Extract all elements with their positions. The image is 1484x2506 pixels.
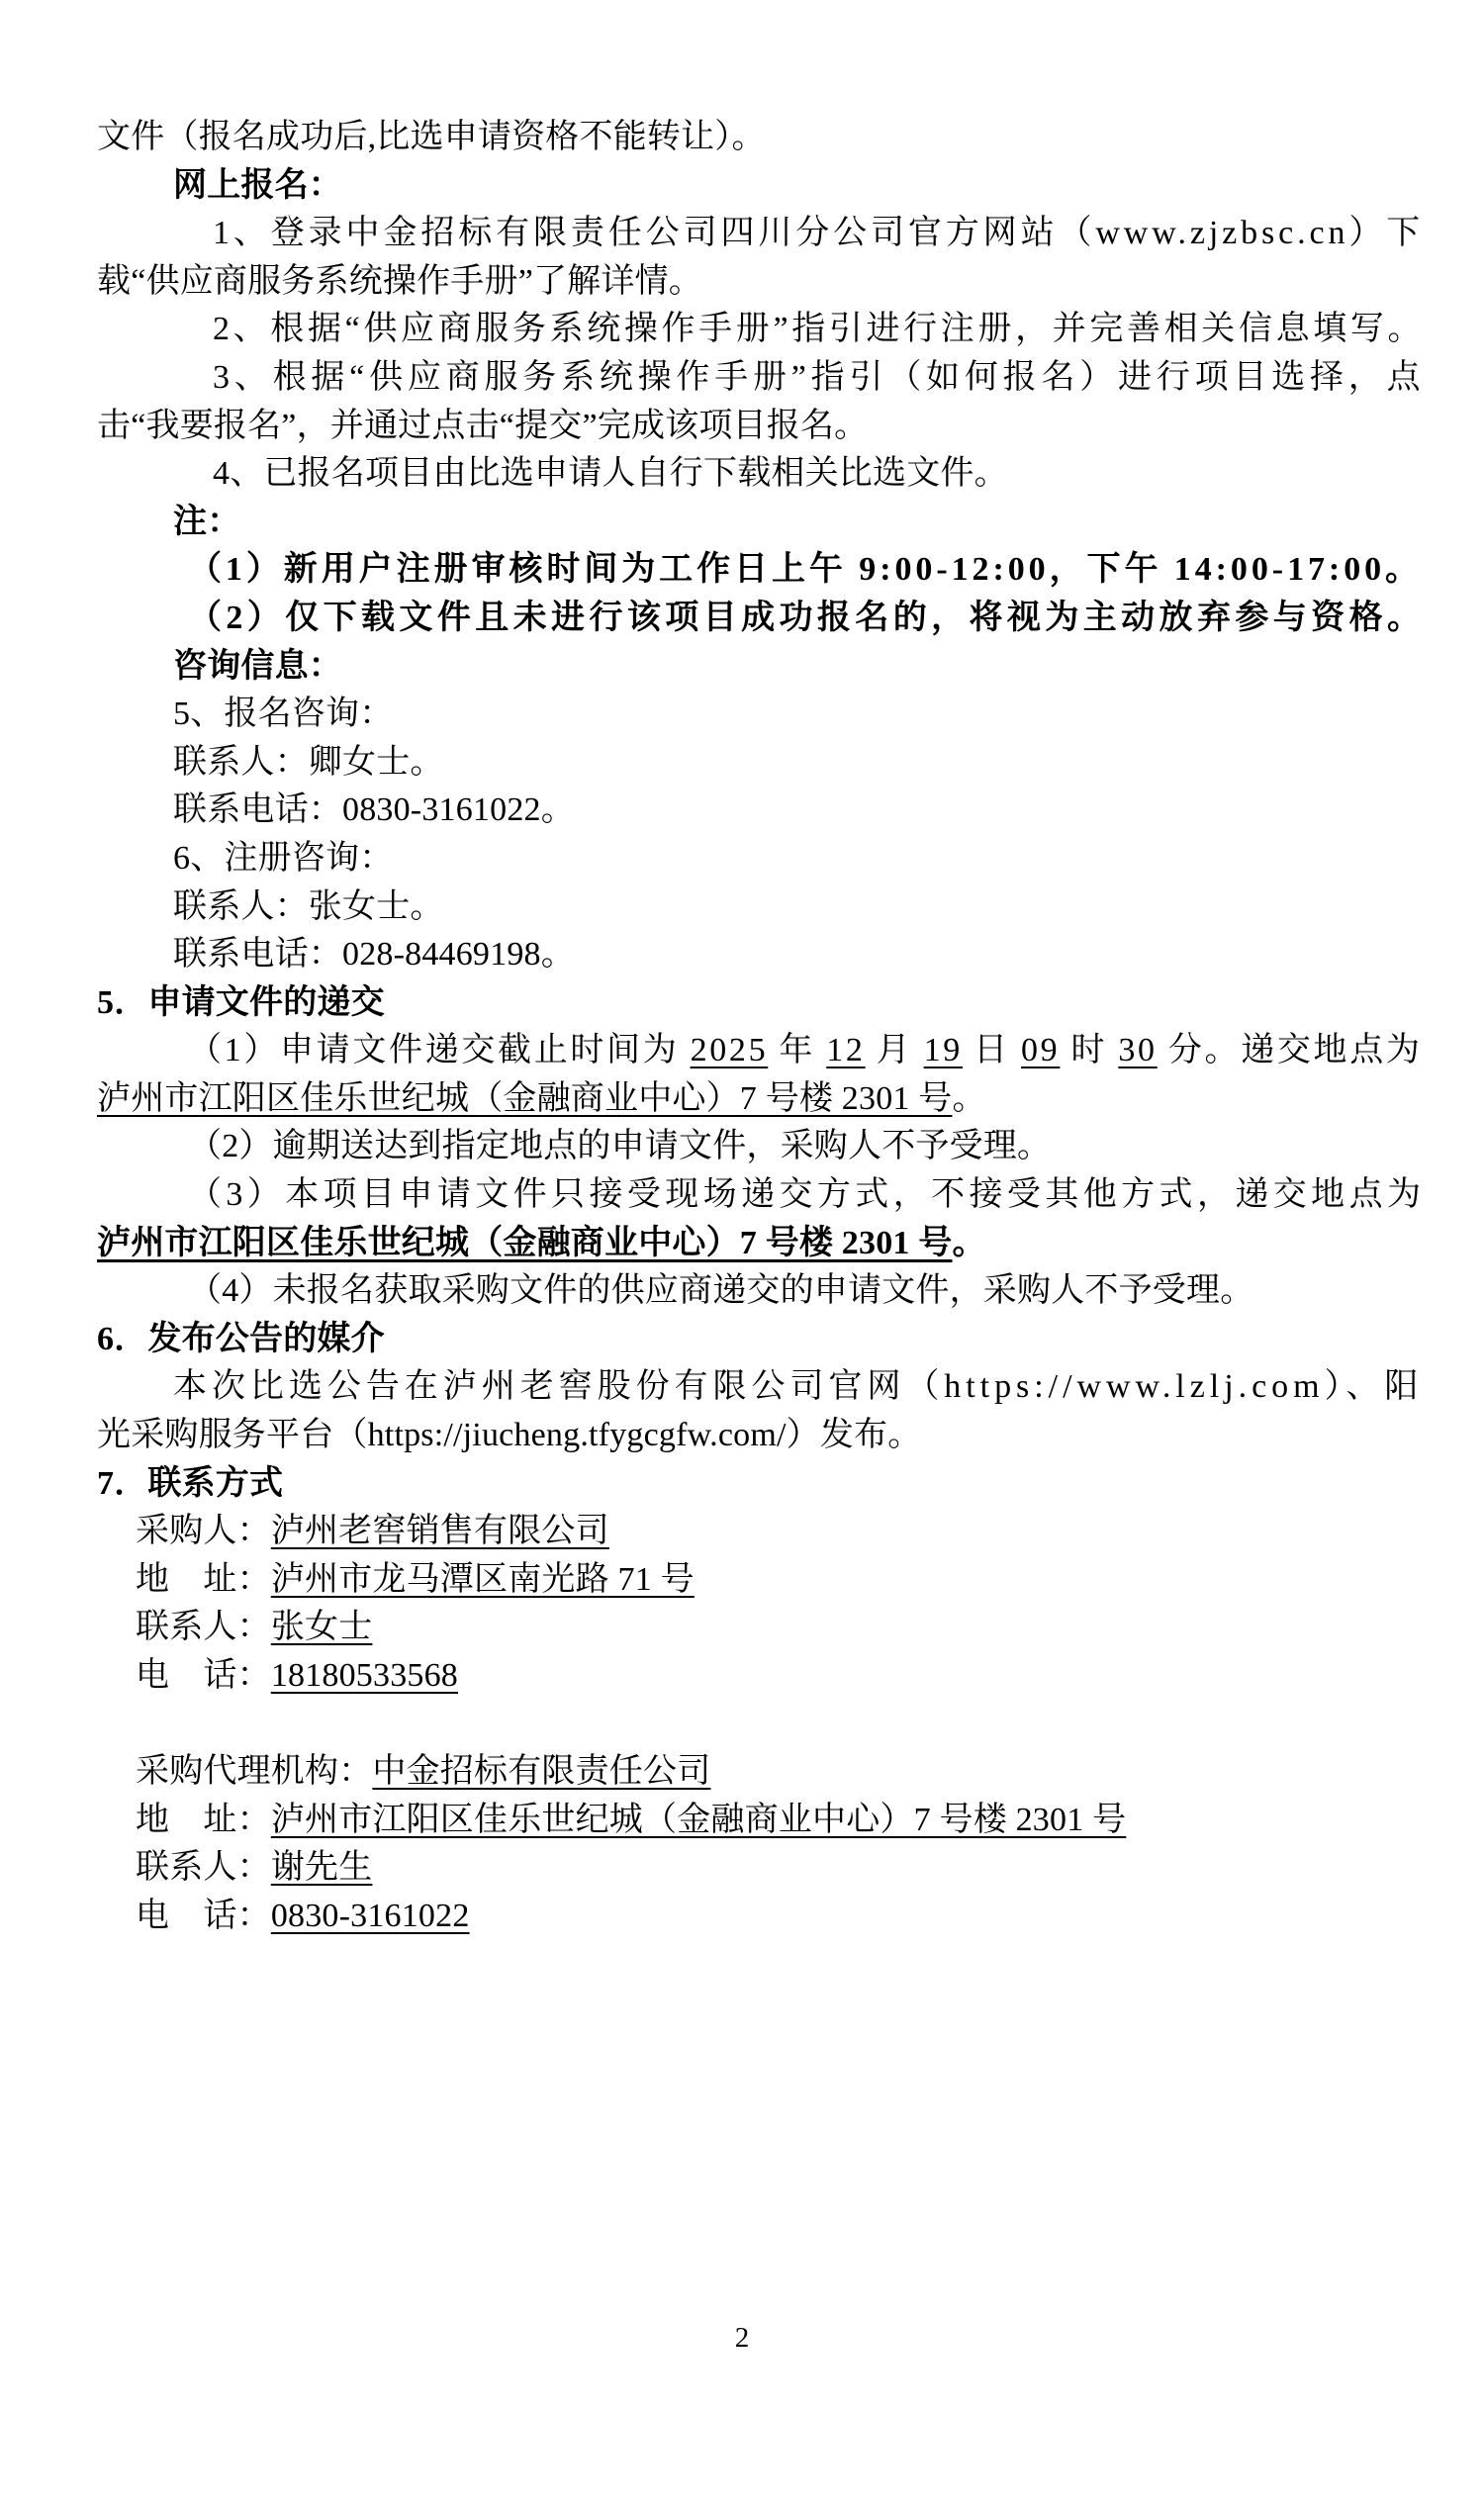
text-segment: 联系电话：028-84469198。 (173, 936, 575, 973)
text-segment: （1）申请文件递交截止时间为 (188, 1032, 691, 1068)
text-line: 采购代理机构：中金招标有限责任公司 (97, 1748, 1432, 1797)
text-line: 地 址：泸州市江阳区佳乐世纪城（金融商业中心）7 号楼 2301 号 (97, 1797, 1432, 1845)
text-line: 采购人：泸州老窖销售有限公司 (97, 1508, 1432, 1556)
text-line: 咨询信息： (97, 643, 1432, 692)
text-segment: 。 (953, 1080, 986, 1117)
text-line: 载“供应商服务系统操作手册”了解详情。 (97, 258, 1432, 307)
text-line-content: 联系人：卿女士。 (173, 744, 444, 781)
text-line-content: 咨询信息： (173, 648, 342, 685)
document-body: 文件（报名成功后,比选申请资格不能转让）。网上报名：1、登录中金招标有限责任公司… (97, 114, 1432, 1941)
text-segment: 联系人：卿女士。 (173, 744, 444, 781)
text-segment: 光采购服务平台（https://jiucheng.tfygcgfw.com/）发… (97, 1417, 921, 1453)
text-line: 3、根据“供应商服务系统操作手册”指引（如何报名）进行项目选择，点 (97, 354, 1432, 403)
text-line-content: 联系人：张女士。 (173, 888, 444, 925)
text-line: （1）新用户注册审核时间为工作日上午 9:00-12:00，下午 14:00-1… (97, 546, 1432, 595)
text-segment: 5．申请文件的递交 (97, 984, 385, 1021)
text-line: （3）本项目申请文件只接受现场递交方式，不接受其他方式，递交地点为 (97, 1171, 1432, 1220)
text-segment: 联系电话：0830-3161022。 (173, 791, 575, 828)
text-line: 联系人：卿女士。 (97, 739, 1432, 788)
text-line: 击“我要报名”，并通过点击“提交”完成该项目报名。 (97, 403, 1432, 451)
text-line-content: 联系人：张女士 (136, 1609, 372, 1645)
text-segment: 日 (963, 1032, 1021, 1068)
text-segment: 1、登录中金招标有限责任公司四川分公司官方网站（www.zjzbsc.cn）下 (213, 215, 1424, 251)
text-segment: 电 话： (136, 1657, 271, 1694)
text-line-content: 6．发布公告的媒介 (97, 1321, 385, 1357)
text-line: 电 话：18180533568 (97, 1652, 1432, 1701)
text-line: （1）申请文件递交截止时间为 2025 年 12 月 19 日 09 时 30 … (97, 1027, 1432, 1075)
text-segment: 5、报名咨询： (173, 696, 393, 732)
text-line: 网上报名： (97, 162, 1432, 211)
text-segment: （1）新用户注册审核时间为工作日上午 9:00-12:00，下午 14:00-1… (188, 551, 1423, 588)
text-segment: 联系人：张女士。 (173, 888, 444, 925)
underlined-text: 中金招标有限责任公司 (372, 1753, 710, 1790)
blank-line (97, 1701, 1432, 1749)
text-line-content: 5、报名咨询： (173, 696, 393, 732)
underlined-text: 泸州市龙马潭区南光路 71 号 (271, 1561, 695, 1598)
underlined-text: 0830-3161022 (271, 1898, 470, 1934)
text-segment: 注： (173, 504, 240, 540)
text-line-content: 7．联系方式 (97, 1465, 283, 1502)
underlined-text: 19 (924, 1032, 963, 1068)
text-line: 6．发布公告的媒介 (97, 1316, 1432, 1364)
text-segment: 地 址： (136, 1802, 271, 1838)
text-line: 注： (97, 499, 1432, 547)
text-segment: 联系人： (136, 1609, 271, 1645)
text-segment: 本次比选公告在泸州老窖股份有限公司官网（https://www.lzlj.com… (173, 1368, 1423, 1405)
underlined-text: 30 (1118, 1032, 1157, 1068)
text-line-content: 泸州市江阳区佳乐世纪城（金融商业中心）7 号楼 2301 号。 (97, 1080, 986, 1117)
text-line: 联系人：谢先生 (97, 1844, 1432, 1893)
text-line: （2）仅下载文件且未进行该项目成功报名的，将视为主动放弃参与资格。 (97, 595, 1432, 643)
text-line: 7．联系方式 (97, 1460, 1432, 1509)
text-line-content: 3、根据“供应商服务系统操作手册”指引（如何报名）进行项目选择，点 (213, 359, 1425, 396)
text-line-content: 2、根据“供应商服务系统操作手册”指引进行注册，并完善相关信息填写。 (213, 311, 1425, 347)
text-line-content: 采购代理机构：中金招标有限责任公司 (136, 1753, 710, 1790)
text-line-content: 采购人：泸州老窖销售有限公司 (136, 1513, 609, 1549)
text-segment: 击“我要报名”，并通过点击“提交”完成该项目报名。 (97, 408, 868, 444)
text-segment: 文件（报名成功后,比选申请资格不能转让）。 (97, 119, 766, 155)
text-line-content: 1、登录中金招标有限责任公司四川分公司官方网站（www.zjzbsc.cn）下 (213, 215, 1424, 251)
text-line: 本次比选公告在泸州老窖股份有限公司官网（https://www.lzlj.com… (97, 1363, 1432, 1412)
text-line: 泸州市江阳区佳乐世纪城（金融商业中心）7 号楼 2301 号。 (97, 1220, 1432, 1268)
text-line-content: 击“我要报名”，并通过点击“提交”完成该项目报名。 (97, 408, 868, 444)
underlined-text: 泸州市江阳区佳乐世纪城（金融商业中心）7 号楼 2301 号 (97, 1225, 953, 1261)
underlined-text: 泸州老窖销售有限公司 (271, 1513, 609, 1549)
page-number: 2 (0, 2321, 1484, 2355)
text-segment: 网上报名： (173, 167, 342, 204)
text-line: 6、注册咨询： (97, 835, 1432, 883)
text-line-content: 地 址：泸州市江阳区佳乐世纪城（金融商业中心）7 号楼 2301 号 (136, 1802, 1126, 1838)
text-line-content: （4）未报名获取采购文件的供应商递交的申请文件，采购人不予受理。 (188, 1272, 1253, 1309)
text-line-content: 6、注册咨询： (173, 840, 393, 877)
underlined-text: 09 (1021, 1032, 1060, 1068)
text-line-content: （1）新用户注册审核时间为工作日上午 9:00-12:00，下午 14:00-1… (188, 551, 1423, 588)
text-segment: 地 址： (136, 1561, 271, 1598)
text-segment: 月 (866, 1032, 924, 1068)
text-line: 4、已报名项目由比选申请人自行下载相关比选文件。 (97, 450, 1432, 499)
text-segment: 分。递交地点为 (1158, 1032, 1423, 1068)
text-line-content: 光采购服务平台（https://jiucheng.tfygcgfw.com/）发… (97, 1417, 921, 1453)
text-line-content: 联系人：谢先生 (136, 1849, 372, 1886)
text-segment: 采购代理机构： (136, 1753, 372, 1790)
text-line-content: 地 址：泸州市龙马潭区南光路 71 号 (136, 1561, 695, 1598)
text-segment: 2、根据“供应商服务系统操作手册”指引进行注册，并完善相关信息填写。 (213, 311, 1425, 347)
text-line-content: 联系电话：0830-3161022。 (173, 791, 575, 828)
text-line: 联系人：张女士。 (97, 883, 1432, 932)
text-segment: 6．发布公告的媒介 (97, 1321, 385, 1357)
text-line-content: 载“供应商服务系统操作手册”了解详情。 (97, 263, 702, 300)
text-line: 5．申请文件的递交 (97, 979, 1432, 1028)
text-line-content: 注： (173, 504, 240, 540)
text-segment: 咨询信息： (173, 648, 342, 685)
text-line: （4）未报名获取采购文件的供应商递交的申请文件，采购人不予受理。 (97, 1267, 1432, 1316)
text-segment: （2）逾期送达到指定地点的申请文件，采购人不予受理。 (188, 1128, 1051, 1164)
text-line: 文件（报名成功后,比选申请资格不能转让）。 (97, 114, 1432, 162)
text-line: 电 话：0830-3161022 (97, 1893, 1432, 1941)
text-segment: 载“供应商服务系统操作手册”了解详情。 (97, 263, 702, 300)
text-line: 泸州市江阳区佳乐世纪城（金融商业中心）7 号楼 2301 号。 (97, 1075, 1432, 1124)
text-segment: 。 (953, 1225, 986, 1261)
text-segment: 联系人： (136, 1849, 271, 1886)
text-line-content: （2）逾期送达到指定地点的申请文件，采购人不予受理。 (188, 1128, 1051, 1164)
document-page: 文件（报名成功后,比选申请资格不能转让）。网上报名：1、登录中金招标有限责任公司… (0, 0, 1484, 2506)
underlined-text: 12 (826, 1032, 865, 1068)
text-line-content: （2）仅下载文件且未进行该项目成功报名的，将视为主动放弃参与资格。 (188, 600, 1425, 636)
underlined-text: 泸州市江阳区佳乐世纪城（金融商业中心）7 号楼 2301 号 (271, 1802, 1127, 1838)
text-line-content: 文件（报名成功后,比选申请资格不能转让）。 (97, 119, 766, 155)
text-segment: 3、根据“供应商服务系统操作手册”指引（如何报名）进行项目选择，点 (213, 359, 1425, 396)
text-line-content: （1）申请文件递交截止时间为 2025 年 12 月 19 日 09 时 30 … (188, 1032, 1423, 1068)
text-line: 联系人：张女士 (97, 1604, 1432, 1652)
text-segment: （3）本项目申请文件只接受现场递交方式，不接受其他方式，递交地点为 (188, 1176, 1425, 1213)
underlined-text: 谢先生 (271, 1849, 373, 1886)
text-segment: （2）仅下载文件且未进行该项目成功报名的，将视为主动放弃参与资格。 (188, 600, 1425, 636)
text-segment: （4）未报名获取采购文件的供应商递交的申请文件，采购人不予受理。 (188, 1272, 1253, 1309)
text-segment: 采购人： (136, 1513, 271, 1549)
text-line: 2、根据“供应商服务系统操作手册”指引进行注册，并完善相关信息填写。 (97, 306, 1432, 354)
text-line: 地 址：泸州市龙马潭区南光路 71 号 (97, 1556, 1432, 1605)
text-line: 联系电话：028-84469198。 (97, 931, 1432, 979)
text-line-content: 电 话：0830-3161022 (136, 1898, 470, 1934)
text-line-content: 5．申请文件的递交 (97, 984, 385, 1021)
underlined-text: 18180533568 (271, 1657, 458, 1694)
underlined-text: 2025 (691, 1032, 769, 1068)
text-line: （2）逾期送达到指定地点的申请文件，采购人不予受理。 (97, 1123, 1432, 1171)
text-segment: 6、注册咨询： (173, 840, 393, 877)
text-line-content: 电 话：18180533568 (136, 1657, 458, 1694)
text-line-content: 泸州市江阳区佳乐世纪城（金融商业中心）7 号楼 2301 号。 (97, 1225, 986, 1261)
text-line-content: （3）本项目申请文件只接受现场递交方式，不接受其他方式，递交地点为 (188, 1176, 1425, 1213)
text-segment: 电 话： (136, 1898, 271, 1934)
underlined-text: 泸州市江阳区佳乐世纪城（金融商业中心）7 号楼 2301 号 (97, 1080, 953, 1117)
text-segment: 4、已报名项目由比选申请人自行下载相关比选文件。 (213, 455, 1008, 492)
text-segment: 7．联系方式 (97, 1465, 283, 1502)
text-line-content: 4、已报名项目由比选申请人自行下载相关比选文件。 (213, 455, 1008, 492)
text-line-content: 网上报名： (173, 167, 342, 204)
text-line: 5、报名咨询： (97, 691, 1432, 739)
text-segment: 时 (1060, 1032, 1118, 1068)
text-line: 光采购服务平台（https://jiucheng.tfygcgfw.com/）发… (97, 1412, 1432, 1460)
text-line-content: 本次比选公告在泸州老窖股份有限公司官网（https://www.lzlj.com… (173, 1368, 1423, 1405)
text-line-content: 联系电话：028-84469198。 (173, 936, 575, 973)
text-segment: 年 (768, 1032, 826, 1068)
text-line: 联系电话：0830-3161022。 (97, 787, 1432, 835)
text-line: 1、登录中金招标有限责任公司四川分公司官方网站（www.zjzbsc.cn）下 (97, 210, 1432, 258)
underlined-text: 张女士 (271, 1609, 373, 1645)
